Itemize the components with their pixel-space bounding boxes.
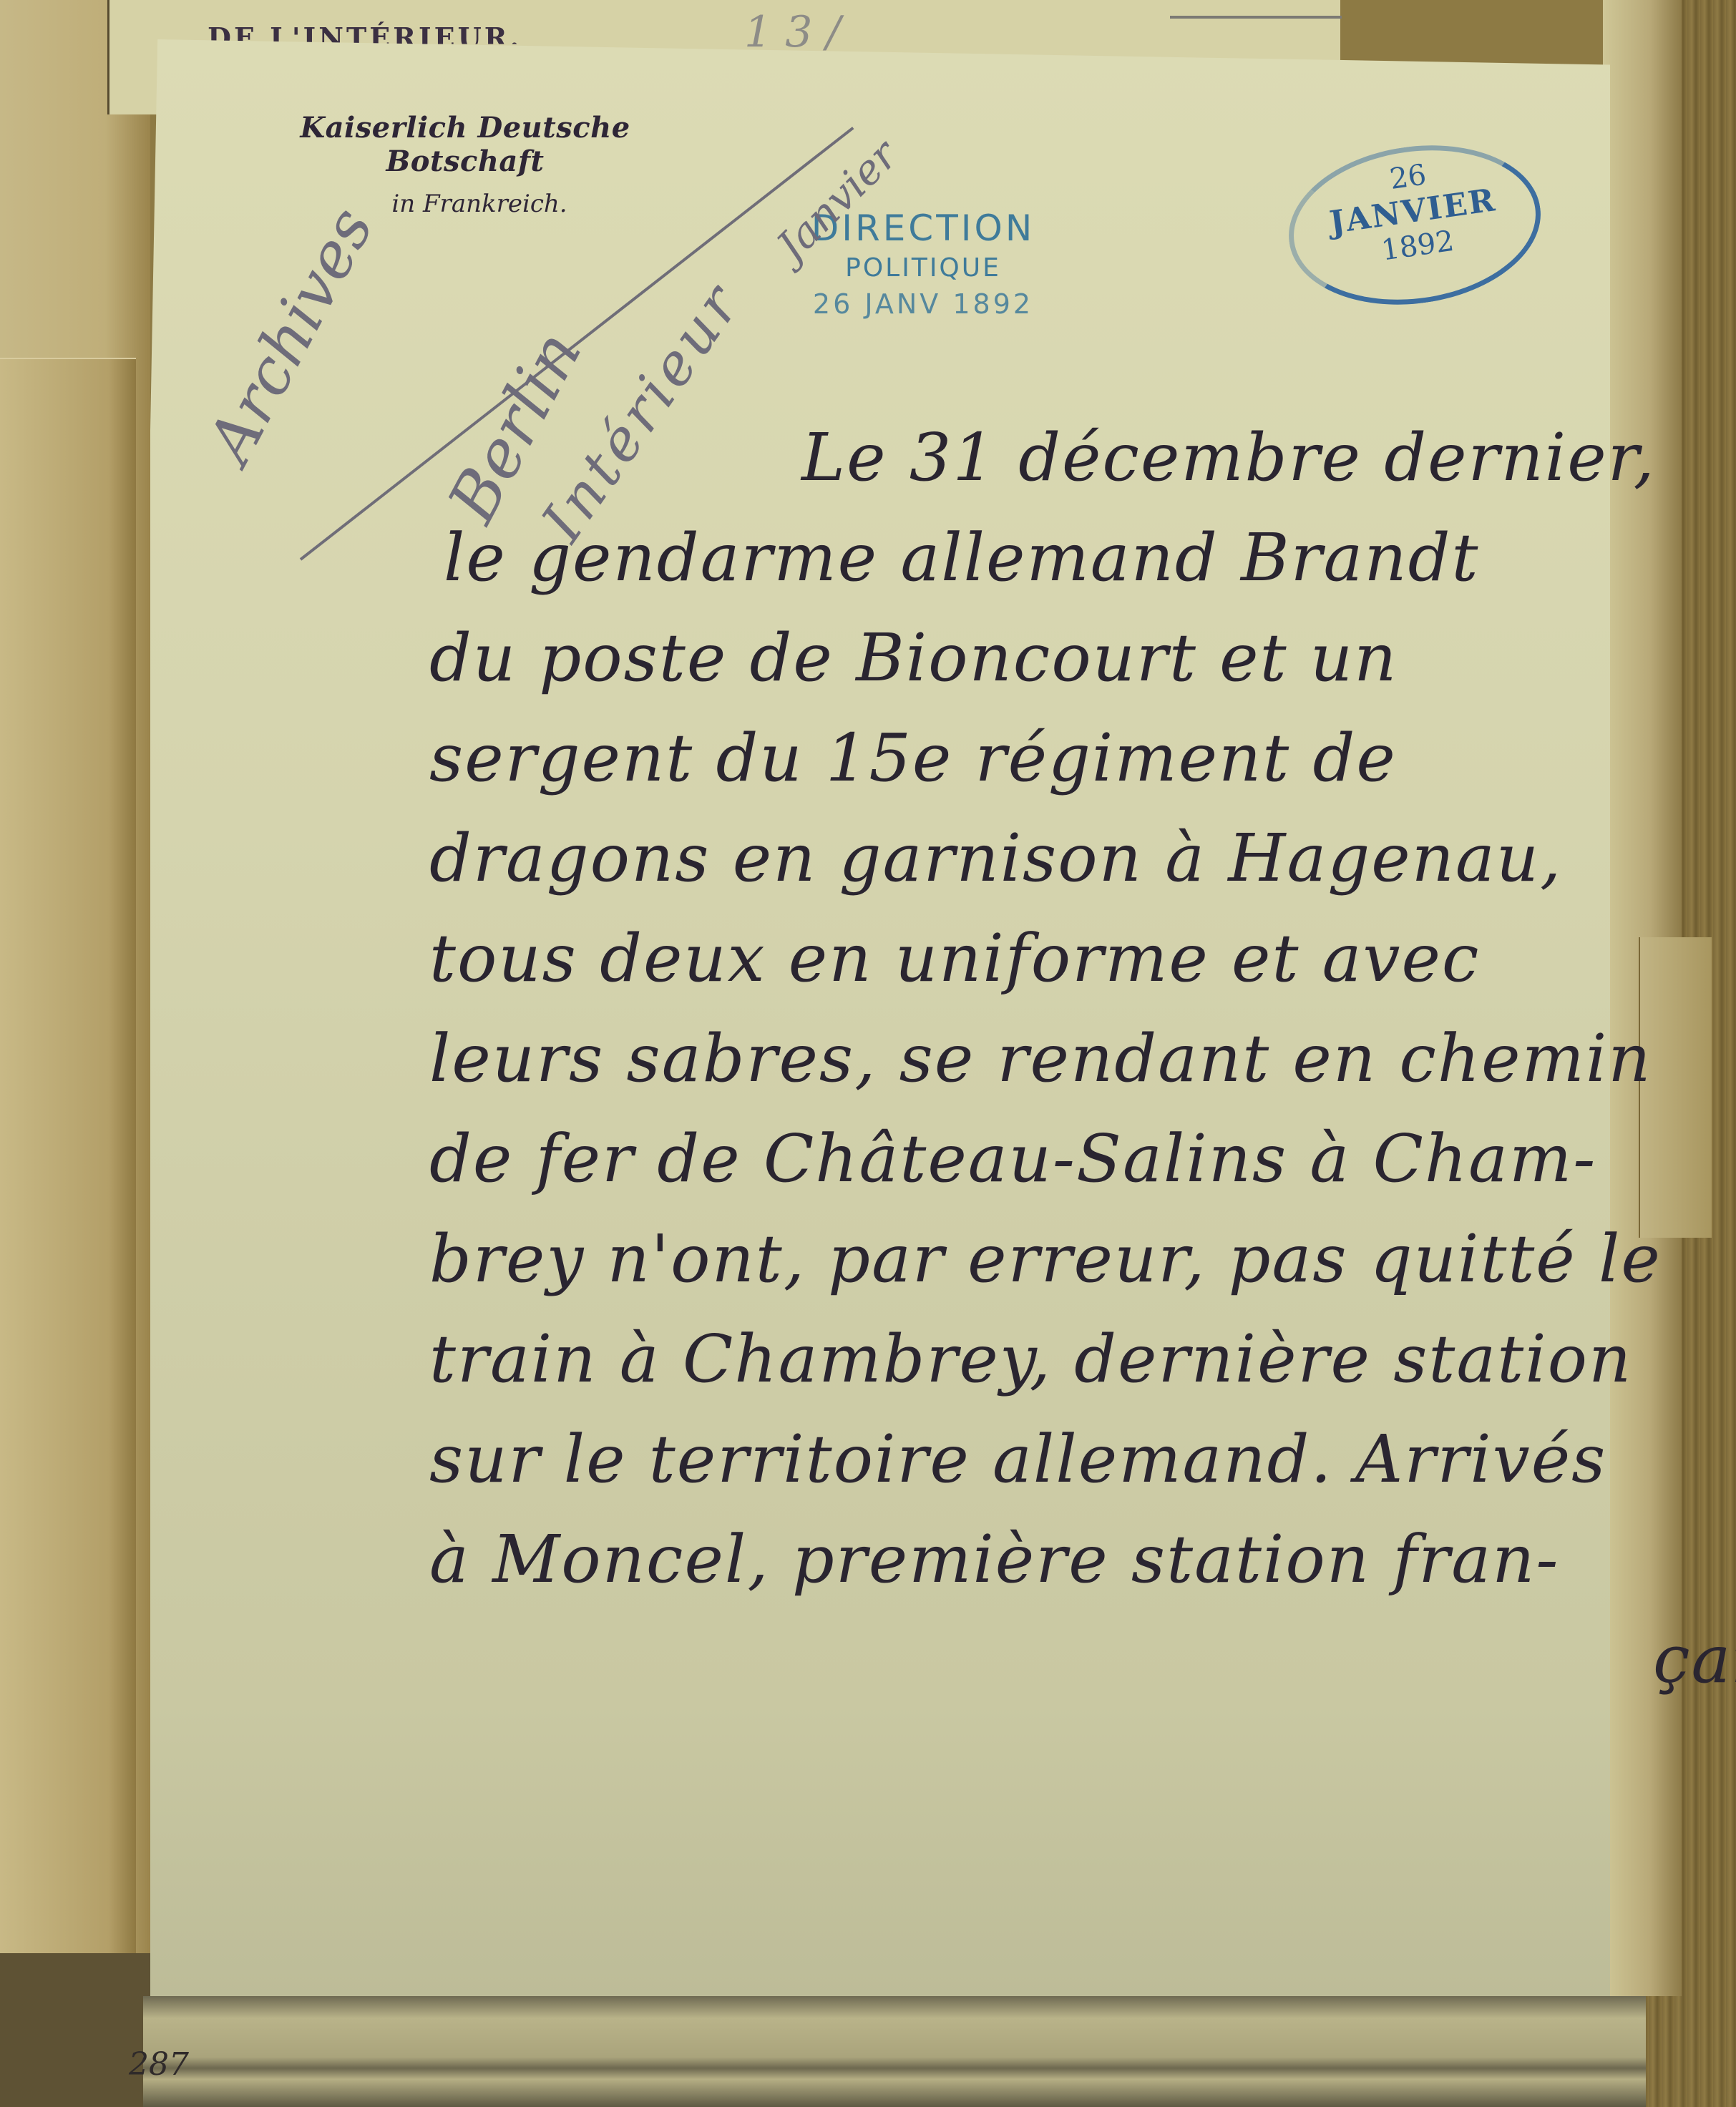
body-line: train à Chambrey, dernière station <box>429 1309 1603 1409</box>
letterhead-embassy-name: Kaiserlich Deutsche Botschaft <box>236 111 694 178</box>
body-line: leurs sabres, se rendant en chemin <box>429 1009 1603 1109</box>
stamp-date: 26 JANV 1892 <box>773 288 1073 320</box>
body-line: çaise, <box>429 1610 1653 1710</box>
underlying-sheet-pencil-mark: 1 3 / <box>744 7 887 57</box>
letterhead-country: in Frankreich. <box>236 190 694 218</box>
body-line: brey n'ont, par erreur, pas quitté le <box>429 1209 1603 1309</box>
underlying-sheet-rule <box>1170 16 1342 19</box>
body-line: de fer de Château-Salins à Cham- <box>429 1109 1603 1209</box>
body-line: dragons en garnison à Hagenau, <box>429 808 1603 909</box>
body-line: du poste de Bioncourt et un <box>429 608 1603 708</box>
body-line: le gendarme allemand Brandt <box>429 508 1603 608</box>
body-line: Le 31 décembre dernier, <box>429 408 1603 508</box>
letterhead: Kaiserlich Deutsche Botschaft in Frankre… <box>236 111 694 218</box>
folio-number: 287 <box>129 2046 189 2083</box>
stacked-papers-bottom-edge <box>143 1996 1646 2107</box>
stamp-politique-label: POLITIQUE <box>773 253 1073 283</box>
body-line: sergent du 15e régiment de <box>429 708 1603 808</box>
body-line: à Moncel, première station fran- <box>429 1510 1603 1610</box>
folder-shadow <box>0 1953 157 2107</box>
body-line: tous deux en uniforme et avec <box>429 909 1603 1009</box>
handwritten-letter-body: Le 31 décembre dernier, le gendarme alle… <box>429 408 1603 1710</box>
archive-folder-flap <box>0 358 136 1955</box>
body-line: sur le territoire allemand. Arrivés <box>429 1409 1603 1510</box>
